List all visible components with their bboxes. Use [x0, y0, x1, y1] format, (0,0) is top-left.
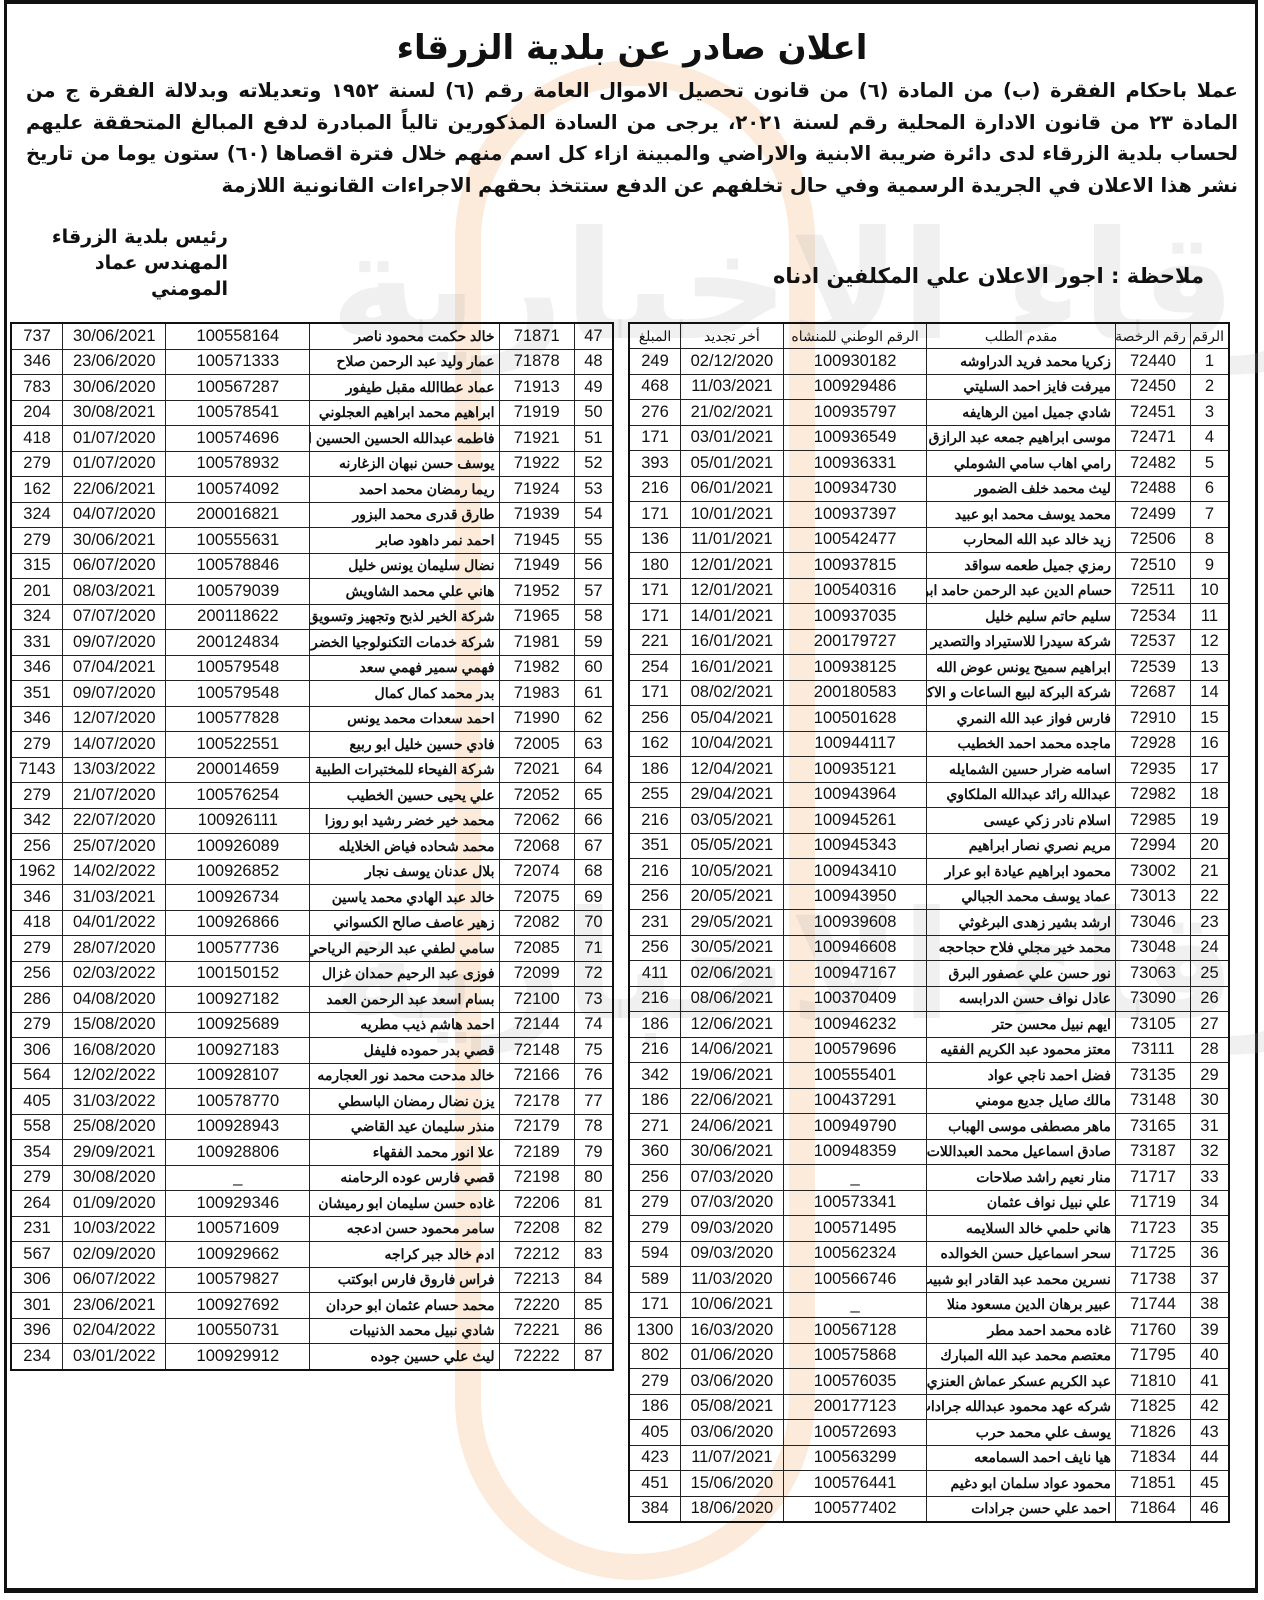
row-index: 24 [1190, 935, 1229, 961]
row-index: 53 [574, 477, 613, 503]
license-number: 71983 [499, 681, 574, 707]
license-number: 72021 [499, 757, 574, 783]
row-index: 10 [1190, 578, 1229, 604]
national-id: 100929346 [166, 1191, 310, 1217]
amount: 306 [11, 1267, 63, 1293]
applicant-name: موسى ابراهيم جمعه عبد الرازق [927, 425, 1116, 451]
applicant-name: بدر محمد كمال كمال [310, 681, 499, 707]
row-index: 72 [574, 961, 613, 987]
national-id: 100571609 [166, 1216, 310, 1242]
row-index: 1 [1190, 349, 1229, 375]
license-number: 71965 [499, 604, 574, 630]
last-renewal-date: 03/01/2022 [63, 1344, 166, 1370]
license-number: 73002 [1115, 859, 1190, 885]
applicant-name: محمد يوسف محمد ابو عبيد [927, 502, 1116, 528]
applicant-name: غاده محمد احمد مطر [927, 1318, 1116, 1344]
national-id: 100937815 [783, 553, 927, 579]
national-id: 100579548 [166, 681, 310, 707]
national-id: 100945343 [783, 833, 927, 859]
applicant-name: فاطمه عبدالله الحسين الحسين الياسر [310, 426, 499, 452]
license-number: 72212 [499, 1242, 574, 1268]
amount: 384 [629, 1496, 680, 1522]
row-index: 15 [1190, 706, 1229, 732]
row-index: 27 [1190, 1012, 1229, 1038]
applicant-name: منار نعيم راشد صلاحات [927, 1165, 1116, 1191]
applicant-name: محمد خير مجلي فلاح حجاحجه [927, 935, 1116, 961]
license-number: 71982 [499, 655, 574, 681]
last-renewal-date: 30/06/2021 [63, 323, 166, 349]
row-index: 23 [1190, 910, 1229, 936]
amount: 264 [11, 1191, 63, 1217]
applicant-name: معتصم محمد عبد الله المبارك [927, 1343, 1116, 1369]
table-row: 372451شادي جميل امين الرهايفه10093579721… [629, 400, 1229, 426]
signature-title: رئيس بلدية الزرقاء [28, 224, 228, 250]
national-id: 100928806 [166, 1140, 310, 1166]
amount: 564 [11, 1063, 63, 1089]
row-index: 9 [1190, 553, 1229, 579]
row-index: 26 [1190, 986, 1229, 1012]
applicant-name: رامي اهاب سامي الشوملي [927, 451, 1116, 477]
license-number: 72994 [1115, 833, 1190, 859]
amount: 396 [11, 1318, 63, 1344]
row-index: 45 [1190, 1471, 1229, 1497]
applicant-name: زهير عاصف صالح الكسواني [310, 910, 499, 936]
license-number: 71981 [499, 630, 574, 656]
last-renewal-date: 22/06/2021 [680, 1088, 783, 1114]
national-id: 100579696 [783, 1037, 927, 1063]
national-id: 100576254 [166, 783, 310, 809]
row-index: 65 [574, 783, 613, 809]
table-row: 7272099فوزى عبد الرحيم حمدان غزال1001501… [11, 961, 613, 987]
row-index: 67 [574, 834, 613, 860]
table-row: 772499محمد يوسف محمد ابو عبيد10093739710… [629, 502, 1229, 528]
license-number: 72440 [1115, 349, 1190, 375]
last-renewal-date: 09/03/2020 [680, 1216, 783, 1242]
last-renewal-date: 15/06/2020 [680, 1471, 783, 1497]
license-number: 71952 [499, 579, 574, 605]
last-renewal-date: 08/02/2021 [680, 680, 783, 706]
national-id: 100579039 [166, 579, 310, 605]
national-id: 100555401 [783, 1063, 927, 1089]
license-number: 72052 [499, 783, 574, 809]
last-renewal-date: 11/01/2021 [680, 527, 783, 553]
amount: 256 [629, 1165, 680, 1191]
last-renewal-date: 04/08/2020 [63, 987, 166, 1013]
table-row: 972510رمزي جميل طعمه سواقد10093781512/01… [629, 553, 1229, 579]
row-index: 18 [1190, 782, 1229, 808]
row-index: 85 [574, 1293, 613, 1319]
national-id: 100150152 [166, 961, 310, 987]
amount: 279 [11, 1012, 63, 1038]
last-renewal-date: 29/05/2021 [680, 910, 783, 936]
last-renewal-date: 07/07/2020 [63, 604, 166, 630]
applicant-name: طارق قدرى محمد البزور [310, 502, 499, 528]
license-number: 71834 [1115, 1445, 1190, 1471]
last-renewal-date: 12/01/2021 [680, 553, 783, 579]
applicant-name: زكريا محمد فريد الدراوشه [927, 349, 1116, 375]
national-id: 100937035 [783, 604, 927, 630]
last-renewal-date: 29/09/2021 [63, 1140, 166, 1166]
applicant-name: فضل احمد ناجي عواد [927, 1063, 1116, 1089]
last-renewal-date: 01/07/2020 [63, 451, 166, 477]
row-index: 55 [574, 528, 613, 554]
row-index: 46 [1190, 1496, 1229, 1522]
national-id: _ [783, 1165, 927, 1191]
table-row: 2573063نور حسن علي عصفور البرق1009471670… [629, 961, 1229, 987]
amount: 279 [629, 1369, 680, 1395]
last-renewal-date: 06/07/2020 [63, 553, 166, 579]
amount: 186 [629, 1394, 680, 1420]
last-renewal-date: 24/06/2021 [680, 1114, 783, 1140]
national-id: 100938125 [783, 655, 927, 681]
license-number: 72910 [1115, 706, 1190, 732]
national-id: 100949790 [783, 1114, 927, 1140]
last-renewal-date: 05/05/2021 [680, 833, 783, 859]
last-renewal-date: 22/07/2020 [63, 808, 166, 834]
applicant-name: بسام اسعد عبد الرحمن العمد [310, 987, 499, 1013]
national-id: 100927692 [166, 1293, 310, 1319]
license-number: 72178 [499, 1089, 574, 1115]
license-number: 72220 [499, 1293, 574, 1319]
last-renewal-date: 20/05/2021 [680, 884, 783, 910]
applicant-name: هاني علي محمد الشاويش [310, 579, 499, 605]
national-id: 100579548 [166, 655, 310, 681]
national-id: 100930182 [783, 349, 927, 375]
row-index: 5 [1190, 451, 1229, 477]
table-row: 7772178يزن نضال رمضان الباسطي10057877031… [11, 1089, 613, 1115]
license-number: 72482 [1115, 451, 1190, 477]
national-id: 100935797 [783, 400, 927, 426]
table-row: 4271825شركه عهد محمود عبدالله جرادات وشر… [629, 1394, 1229, 1420]
license-number: 71810 [1115, 1369, 1190, 1395]
license-number: 72539 [1115, 655, 1190, 681]
applicant-name: علي نبيل نواف عثمان [927, 1190, 1116, 1216]
national-id: 100927183 [166, 1038, 310, 1064]
amount: 186 [629, 1088, 680, 1114]
table-row: 2673090عادل نواف حسن الدرابسه10037040908… [629, 986, 1229, 1012]
license-number: 71924 [499, 477, 574, 503]
last-renewal-date: 06/01/2021 [680, 476, 783, 502]
license-number: 72534 [1115, 604, 1190, 630]
amount: 171 [629, 680, 680, 706]
national-id: 100576035 [783, 1369, 927, 1395]
table-row: 6372005فادي حسين خليل ابو ربيع1005225511… [11, 732, 613, 758]
table-row: 5971981شركة خدمات التكنولوجيا الخضراء ذ.… [11, 630, 613, 656]
amount: 301 [11, 1293, 63, 1319]
national-id: 100550731 [166, 1318, 310, 1344]
row-index: 57 [574, 579, 613, 605]
row-index: 52 [574, 451, 613, 477]
table-row: 8372212ادم خالد جبر كراجه10092966202/09/… [11, 1242, 613, 1268]
amount: 405 [11, 1089, 63, 1115]
amount: 342 [629, 1063, 680, 1089]
table-row: 7072082زهير عاصف صالح الكسواني1009268660… [11, 910, 613, 936]
amount: 567 [11, 1242, 63, 1268]
national-id: 100437291 [783, 1088, 927, 1114]
last-renewal-date: 16/01/2021 [680, 655, 783, 681]
table-row: 6472021شركة الفيحاء للمختبرات الطبية2000… [11, 757, 613, 783]
amount: 216 [629, 986, 680, 1012]
table-row: 5271922يوسف حسن نبهان الزغارنه1005789320… [11, 451, 613, 477]
national-id: 100574696 [166, 426, 310, 452]
last-renewal-date: 28/07/2020 [63, 936, 166, 962]
table-row: 3771738نسرين محمد عبد القادر ابو شبيب100… [629, 1267, 1229, 1293]
national-id: 100945261 [783, 808, 927, 834]
national-id: 200177123 [783, 1394, 927, 1420]
amount: 423 [629, 1445, 680, 1471]
national-id: 200014659 [166, 757, 310, 783]
last-renewal-date: 09/07/2020 [63, 681, 166, 707]
row-index: 63 [574, 732, 613, 758]
applicant-name: شادي جميل امين الرهايفه [927, 400, 1116, 426]
row-index: 17 [1190, 757, 1229, 783]
amount: 216 [629, 859, 680, 885]
table-row: 4771871خالد حكمت محمود ناصر10055816430/0… [11, 323, 613, 349]
table-row: 1472687شركة البركة لبيع الساعات و الاكسس… [629, 680, 1229, 706]
amount: 231 [11, 1216, 63, 1242]
row-index: 54 [574, 502, 613, 528]
national-id: 100948359 [783, 1139, 927, 1165]
national-id: 200180583 [783, 680, 927, 706]
national-id: 100578932 [166, 451, 310, 477]
table-row: 6572052علي يحيى حسين الخطيب10057625421/0… [11, 783, 613, 809]
amount: 171 [629, 578, 680, 604]
national-id: 100571495 [783, 1216, 927, 1242]
row-index: 28 [1190, 1037, 1229, 1063]
taxpayers-table-right: الرقم رقم الرخصة مقدم الطلب الرقم الوطني… [628, 322, 1230, 1523]
applicant-name: محمود ابراهيم عيادة ابو عرار [927, 859, 1116, 885]
license-number: 72144 [499, 1012, 574, 1038]
national-id: 100566746 [783, 1267, 927, 1293]
table-row: 4071795معتصم محمد عبد الله المبارك100575… [629, 1343, 1229, 1369]
amount: 255 [629, 782, 680, 808]
national-id: _ [166, 1165, 310, 1191]
row-index: 74 [574, 1012, 613, 1038]
last-renewal-date: 12/06/2021 [680, 1012, 783, 1038]
license-number: 72499 [1115, 502, 1190, 528]
last-renewal-date: 10/06/2021 [680, 1292, 783, 1318]
amount: 418 [11, 910, 63, 936]
row-index: 60 [574, 655, 613, 681]
last-renewal-date: 02/12/2020 [680, 349, 783, 375]
national-id: 100579827 [166, 1267, 310, 1293]
amount: 279 [11, 936, 63, 962]
applicant-name: محمود عواد سلمان ابو دغيم [927, 1471, 1116, 1497]
amount: 271 [629, 1114, 680, 1140]
license-number: 72982 [1115, 782, 1190, 808]
table-row: 2273013عماد يوسف محمد الجبالي10094395020… [629, 884, 1229, 910]
applicant-name: شركة خدمات التكنولوجيا الخضراء ذ.م. [310, 630, 499, 656]
row-index: 11 [1190, 604, 1229, 630]
row-index: 40 [1190, 1343, 1229, 1369]
amount: 279 [629, 1216, 680, 1242]
amount: 231 [629, 910, 680, 936]
national-id: 100939608 [783, 910, 927, 936]
last-renewal-date: 30/08/2020 [63, 1165, 166, 1191]
table-row: 4371826يوسف علي محمد حرب10057269303/06/2… [629, 1420, 1229, 1446]
header-national-id: الرقم الوطني للمنشاه [783, 323, 927, 349]
last-renewal-date: 05/01/2021 [680, 451, 783, 477]
license-number: 71949 [499, 553, 574, 579]
table-row: 3871744عبير برهان الدين مسعود منلا_10/06… [629, 1292, 1229, 1318]
row-index: 35 [1190, 1216, 1229, 1242]
table-row: 3471719علي نبيل نواف عثمان10057334107/03… [629, 1190, 1229, 1216]
amount: 558 [11, 1114, 63, 1140]
national-id: 100928107 [166, 1063, 310, 1089]
amount: 331 [11, 630, 63, 656]
last-renewal-date: 03/06/2020 [680, 1420, 783, 1446]
row-index: 48 [574, 349, 613, 375]
last-renewal-date: 01/06/2020 [680, 1343, 783, 1369]
table-row: 2072994مريم نصري نصار ابراهيم10094534305… [629, 833, 1229, 859]
amount: 256 [629, 706, 680, 732]
row-index: 42 [1190, 1394, 1229, 1420]
amount: 351 [11, 681, 63, 707]
last-renewal-date: 14/02/2022 [63, 859, 166, 885]
applicant-name: ارشد بشير زهدى البرغوثي [927, 910, 1116, 936]
last-renewal-date: 12/07/2020 [63, 706, 166, 732]
last-renewal-date: 25/08/2020 [63, 1114, 166, 1140]
national-id: 100574092 [166, 477, 310, 503]
row-index: 29 [1190, 1063, 1229, 1089]
applicant-name: احمد سعدات محمد يونس [310, 706, 499, 732]
table-row: 3273187صادق اسماعيل محمد العبداللات10094… [629, 1139, 1229, 1165]
national-id: 100577828 [166, 706, 310, 732]
license-number: 72928 [1115, 731, 1190, 757]
national-id: 100934730 [783, 476, 927, 502]
table-row: 6872074بلال عدنان يوسف نجار10092685214/0… [11, 859, 613, 885]
license-number: 73165 [1115, 1114, 1190, 1140]
row-index: 30 [1190, 1088, 1229, 1114]
table-row: 3671725سحر اسماعيل حسن الخوالده100562324… [629, 1241, 1229, 1267]
row-index: 41 [1190, 1369, 1229, 1395]
amount: 201 [11, 579, 63, 605]
national-id: 100937397 [783, 502, 927, 528]
last-renewal-date: 30/08/2021 [63, 400, 166, 426]
applicant-name: عمار وليد عبد الرحمن صلاح [310, 349, 499, 375]
row-index: 32 [1190, 1139, 1229, 1165]
table-row: 672488ليث محمد خلف الضمور10093473006/01/… [629, 476, 1229, 502]
last-renewal-date: 21/02/2021 [680, 400, 783, 426]
amount: 737 [11, 323, 63, 349]
table-row: 8472213فراس فاروق فارس ابوكتب10057982706… [11, 1267, 613, 1293]
row-index: 61 [574, 681, 613, 707]
table-row: 7972189علا انور محمد الفقهاء10092880629/… [11, 1140, 613, 1166]
amount: 589 [629, 1267, 680, 1293]
last-renewal-date: 14/06/2021 [680, 1037, 783, 1063]
license-number: 71913 [499, 375, 574, 401]
table-row: 3371717منار نعيم راشد صلاحات_07/03/20202… [629, 1165, 1229, 1191]
row-index: 79 [574, 1140, 613, 1166]
last-renewal-date: 22/06/2021 [63, 477, 166, 503]
applicant-name: نسرين محمد عبد القادر ابو شبيب [927, 1267, 1116, 1293]
row-index: 19 [1190, 808, 1229, 834]
last-renewal-date: 30/06/2021 [63, 528, 166, 554]
row-index: 51 [574, 426, 613, 452]
applicant-name: شركة الخير لذبح وتجهيز وتسويق الدوا [310, 604, 499, 630]
table-row: 4671864احمد علي حسن جرادات10057740218/06… [629, 1496, 1229, 1522]
license-number: 71919 [499, 400, 574, 426]
national-id: 100571333 [166, 349, 310, 375]
national-id: 100501628 [783, 706, 927, 732]
national-id: 100577736 [166, 936, 310, 962]
license-number: 71851 [1115, 1471, 1190, 1497]
applicant-name: يوسف علي محمد حرب [927, 1420, 1116, 1446]
row-index: 20 [1190, 833, 1229, 859]
applicant-name: فادي حسين خليل ابو ربيع [310, 732, 499, 758]
row-index: 80 [574, 1165, 613, 1191]
last-renewal-date: 16/08/2020 [63, 1038, 166, 1064]
applicant-name: هيا نايف احمد السمامعه [927, 1445, 1116, 1471]
row-index: 69 [574, 885, 613, 911]
national-id: 100577402 [783, 1496, 927, 1522]
table-row: 172440زكريا محمد فريد الدراوشه1009301820… [629, 349, 1229, 375]
license-number: 73148 [1115, 1088, 1190, 1114]
last-renewal-date: 23/06/2021 [63, 1293, 166, 1319]
row-index: 87 [574, 1344, 613, 1370]
row-index: 82 [574, 1216, 613, 1242]
row-index: 25 [1190, 961, 1229, 987]
table-row: 4571851محمود عواد سلمان ابو دغيم10057644… [629, 1471, 1229, 1497]
license-number: 72189 [499, 1140, 574, 1166]
table-row: 472471موسى ابراهيم جمعه عبد الرازق100936… [629, 425, 1229, 451]
national-id: 200118622 [166, 604, 310, 630]
amount: 279 [629, 1190, 680, 1216]
amount: 180 [629, 553, 680, 579]
table-row: 1372539ابراهيم سميح يونس عوض الله1009381… [629, 655, 1229, 681]
amount: 171 [629, 604, 680, 630]
row-index: 56 [574, 553, 613, 579]
last-renewal-date: 09/03/2020 [680, 1241, 783, 1267]
row-index: 70 [574, 910, 613, 936]
amount: 249 [629, 349, 680, 375]
license-number: 73187 [1115, 1139, 1190, 1165]
license-number: 72179 [499, 1114, 574, 1140]
applicant-name: سليم حاتم سليم خليل [927, 604, 1116, 630]
last-renewal-date: 23/06/2020 [63, 349, 166, 375]
license-number: 71717 [1115, 1165, 1190, 1191]
table-row: 5371924ريما رمضان محمد احمد10057409222/0… [11, 477, 613, 503]
table-row: 6972075خالد عبد الهادي محمد ياسين1009267… [11, 885, 613, 911]
license-number: 72075 [499, 885, 574, 911]
amount: 221 [629, 629, 680, 655]
amount: 346 [11, 655, 63, 681]
amount: 204 [11, 400, 63, 426]
amount: 468 [629, 374, 680, 400]
last-renewal-date: 02/04/2022 [63, 1318, 166, 1344]
amount: 186 [629, 757, 680, 783]
license-number: 71738 [1115, 1267, 1190, 1293]
applicant-name: عبدالله رائد عبدالله الملكاوي [927, 782, 1116, 808]
row-index: 12 [1190, 629, 1229, 655]
last-renewal-date: 25/07/2020 [63, 834, 166, 860]
applicant-name: محمد خير خضر رشيد ابو روزا [310, 808, 499, 834]
license-number: 72222 [499, 1344, 574, 1370]
applicant-name: نور حسن علي عصفور البرق [927, 961, 1116, 987]
license-number: 73063 [1115, 961, 1190, 987]
national-id: 100925689 [166, 1012, 310, 1038]
national-id: 100563299 [783, 1445, 927, 1471]
applicant-name: هاني حلمي خالد السلايمه [927, 1216, 1116, 1242]
applicant-name: شركة الفيحاء للمختبرات الطبية [310, 757, 499, 783]
license-number: 72074 [499, 859, 574, 885]
applicant-name: احمد نمر داهود صابر [310, 528, 499, 554]
row-index: 2 [1190, 374, 1229, 400]
national-id: 100943410 [783, 859, 927, 885]
amount: 1962 [11, 859, 63, 885]
national-id: 100926852 [166, 859, 310, 885]
national-id: 100567287 [166, 375, 310, 401]
